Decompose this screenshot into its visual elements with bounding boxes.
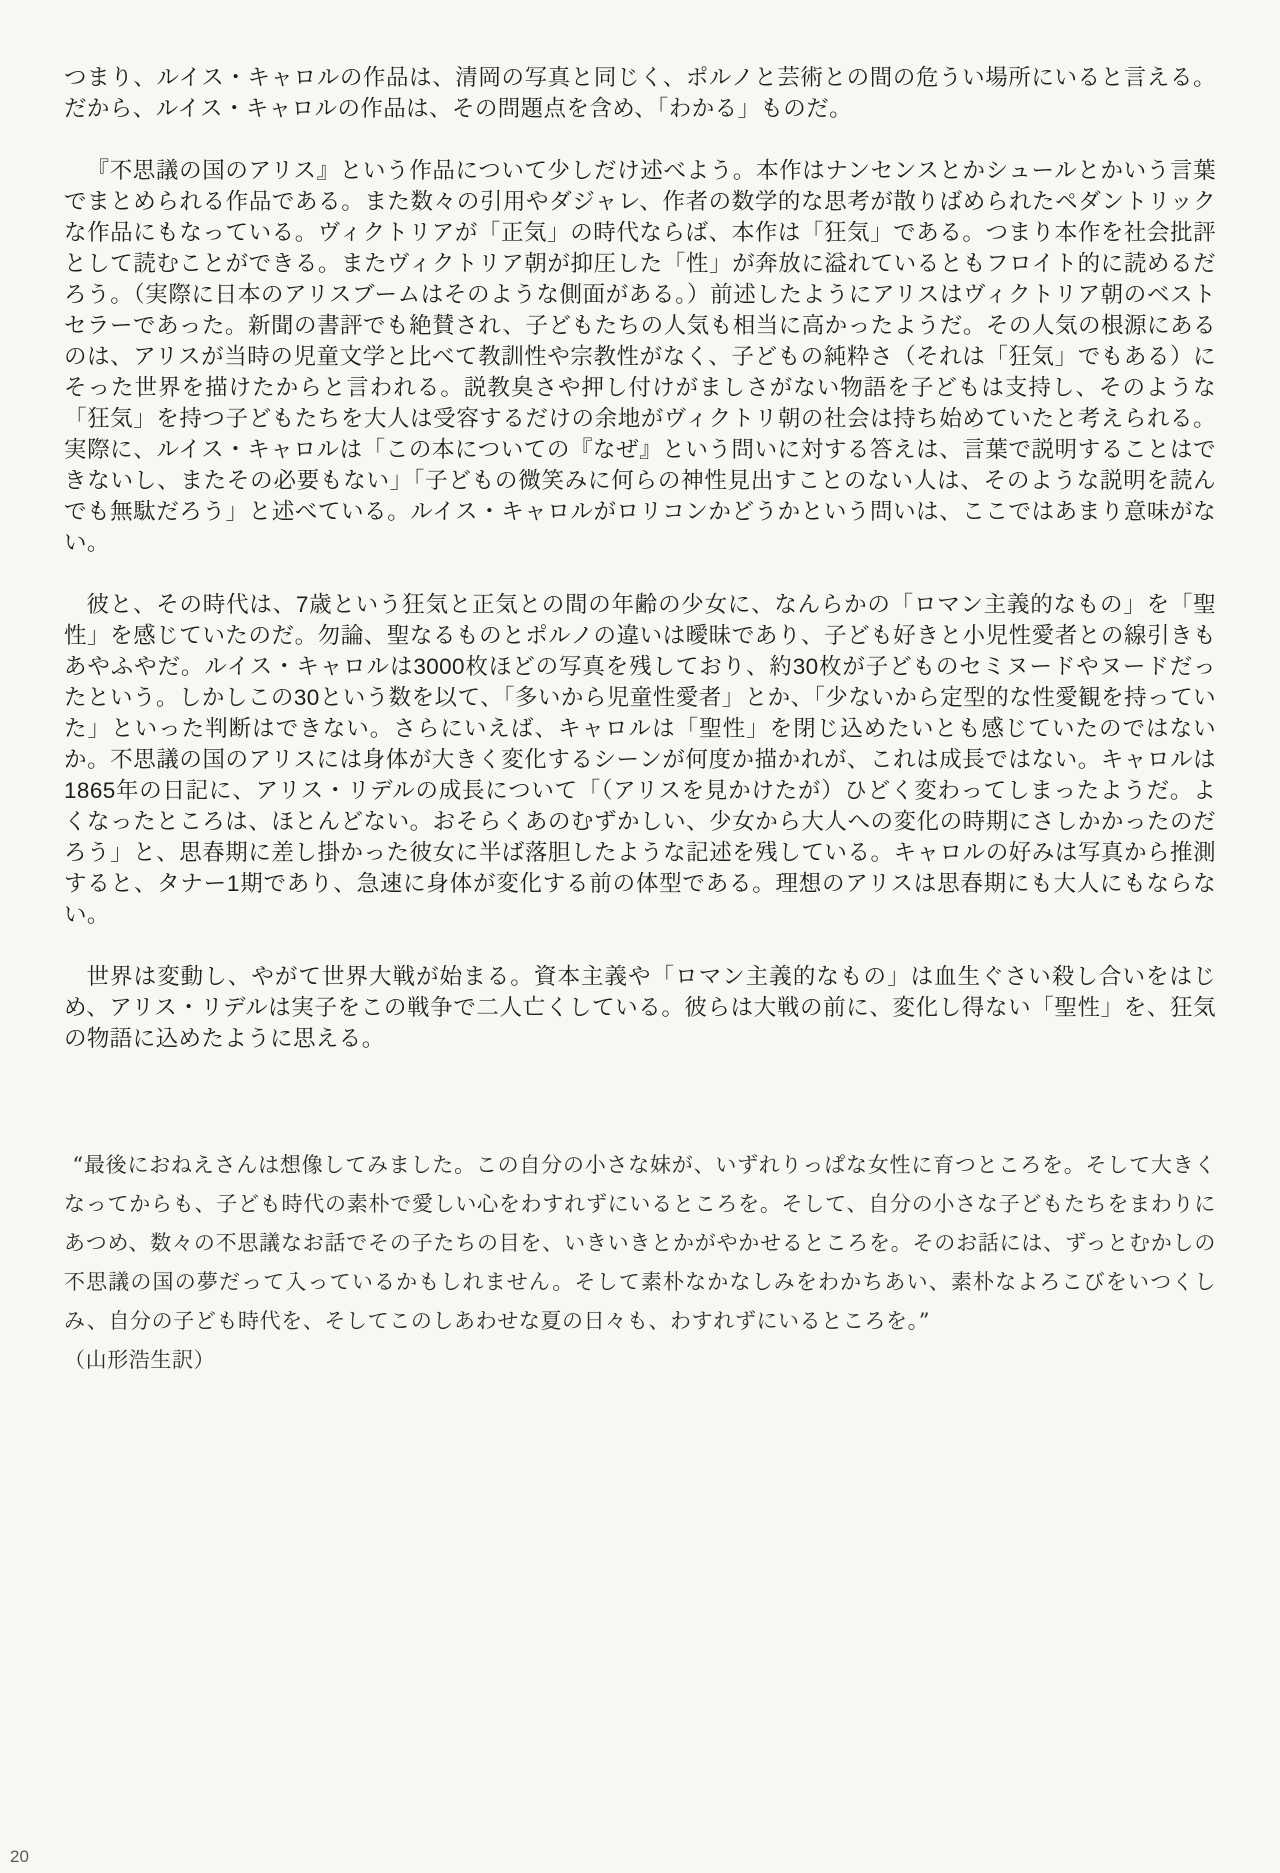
paragraph-4: 世界は変動し、やがて世界大戦が始まる。資本主義や「ロマン主義的なもの」は血生ぐさ…: [64, 961, 1216, 1054]
quote-block: “最後におねえさんは想像してみました。この自分の小さな妹が、いずれりっぱな女性に…: [64, 1146, 1216, 1380]
quote-text: “最後におねえさんは想像してみました。この自分の小さな妹が、いずれりっぱな女性に…: [64, 1146, 1216, 1341]
document-page: つまり、ルイス・キャロルの作品は、清岡の写真と同じく、ポルノと芸術との間の危うい…: [0, 0, 1280, 1873]
quote-attribution: （山形浩生訳）: [64, 1341, 1216, 1380]
paragraph-2: 『不思議の国のアリス』という作品について少しだけ述べよう。本作はナンセンスとかシ…: [64, 155, 1216, 558]
paragraph-3: 彼と、その時代は、7歳という狂気と正気との間の年齢の少女に、なんらかの「ロマン主…: [64, 589, 1216, 930]
essay-body: つまり、ルイス・キャロルの作品は、清岡の写真と同じく、ポルノと芸術との間の危うい…: [64, 62, 1216, 1054]
page-number: 20: [10, 1847, 29, 1867]
paragraph-1: つまり、ルイス・キャロルの作品は、清岡の写真と同じく、ポルノと芸術との間の危うい…: [64, 62, 1216, 124]
